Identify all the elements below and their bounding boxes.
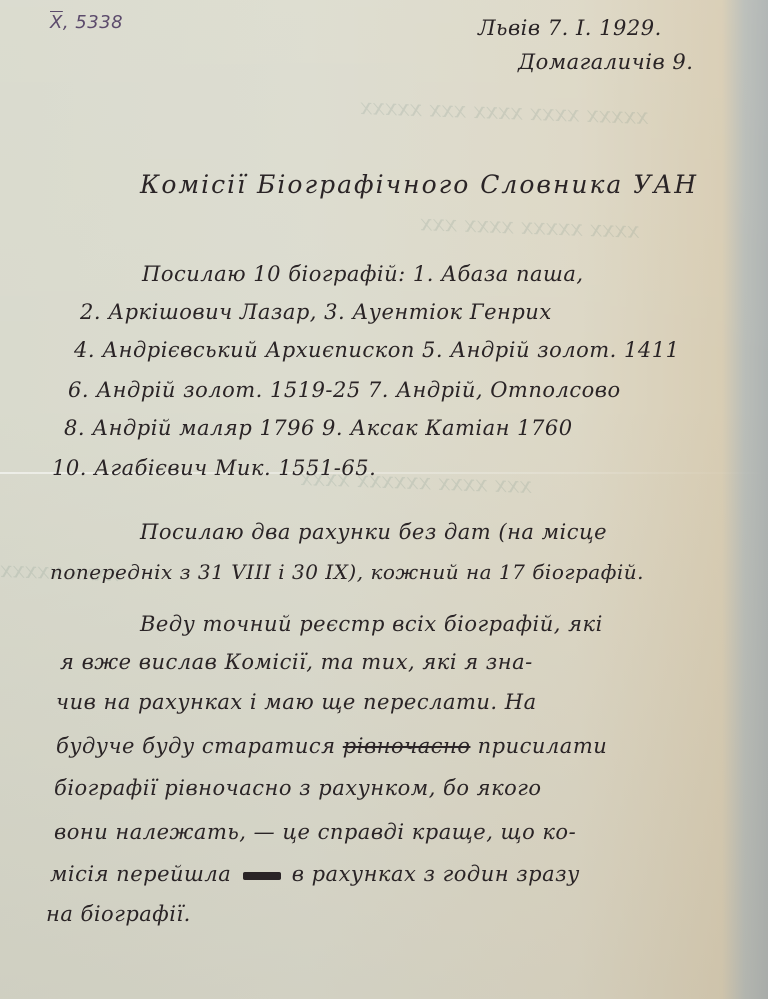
bleed-through-text: ххххх хххх хххх ххх ххххх [360, 95, 649, 130]
text-line: місія перейшла в рахунках з годин зразу [50, 862, 580, 886]
bleed-through-text: хххх ххххх хххх ххх [420, 211, 640, 244]
text-fragment: в рахунках з годин зразу [292, 862, 580, 886]
text-line: 4. Андрієвський Архиєпископ 5. Андрій зо… [74, 338, 679, 362]
text-line: вони належать, — це справді краще, що ко… [54, 820, 576, 844]
text-line: 2. Аркішович Лазар, 3. Ауентіок Генрих [80, 300, 552, 324]
text-line: Веду точний реєстр всіх біографій, які [140, 612, 603, 636]
text-line: будуче буду старатися рівночасно присила… [56, 734, 607, 758]
archive-prefix: X [50, 12, 63, 33]
text-fragment: місія перейшла [50, 862, 231, 886]
ink-blot-strikeout [243, 872, 281, 880]
text-line: біографії рівночасно з рахунком, бо яког… [54, 776, 542, 800]
text-line: чив на рахунках і маю ще переслати. На [56, 690, 537, 714]
place-date: Львів 7. І. 1929. [478, 16, 662, 40]
archive-number: 5338 [75, 12, 123, 33]
text-line: я вже вислав Комісії, та тих, які я зна- [60, 650, 533, 674]
text-line: попередніх з 31 VIII і 30 IX), кожний на… [50, 560, 644, 584]
addressee: Комісії Біографічного Словника УАН [140, 170, 698, 199]
text-line: 6. Андрій золот. 1519-25 7. Андрій, Отпо… [68, 378, 621, 402]
text-line: Посилаю 10 біографій: 1. Абаза паша, [142, 262, 584, 286]
text-line: на біографії. [46, 902, 191, 926]
text-fragment: присилати [478, 734, 608, 758]
text-line: 8. Андрій маляр 1796 9. Аксак Катіан 176… [64, 416, 573, 440]
text-line: 10. Агабієвич Мик. 1551-65. [52, 456, 376, 480]
document-page: ххххх хххх хххх ххх ххххх хххх ххххх ххх… [0, 0, 768, 999]
address: Домагаличів 9. [518, 50, 693, 74]
struck-word: рівночасно [343, 734, 471, 758]
archive-mark: X, 5338 [50, 12, 123, 33]
text-line: Посилаю два рахунки без дат (на місце [140, 520, 607, 544]
text-fragment: будуче буду старатися [56, 734, 336, 758]
